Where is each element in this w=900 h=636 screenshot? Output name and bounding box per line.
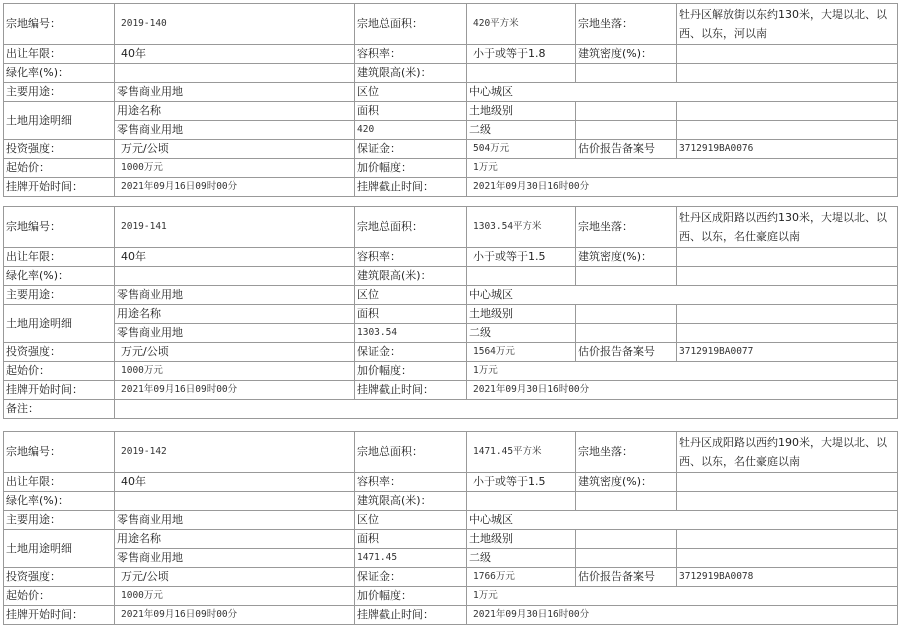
label-appraisal-no: 估价报告备案号 — [576, 343, 677, 362]
header-land-grade: 土地级别 — [467, 530, 576, 549]
table-row: 挂牌开始时间： 2021年09月16日09时00分 挂牌截止时间： 2021年0… — [4, 381, 898, 400]
table-row: 主要用途： 零售商业用地 区位 中心城区 — [4, 83, 898, 102]
table-row: 挂牌开始时间： 2021年09月16日09时00分 挂牌截止时间： 2021年0… — [4, 178, 898, 197]
value-remarks — [115, 400, 898, 419]
label-appraisal-no: 估价报告备案号 — [576, 568, 677, 587]
value-use-name: 零售商业用地 — [115, 324, 355, 343]
label-height-limit: 建筑限高(米)： — [355, 64, 467, 83]
empty-cell — [576, 324, 677, 343]
label-parcel-no: 宗地编号： — [4, 432, 115, 473]
label-location: 宗地坐落： — [576, 432, 677, 473]
value-listing-start: 2021年09月16日09时00分 — [115, 381, 355, 400]
value-total-area: 1471.45平方米 — [467, 432, 576, 473]
value-appraisal-no: 3712919BA0078 — [677, 568, 898, 587]
label-zone: 区位 — [355, 286, 467, 305]
empty-cell — [677, 530, 898, 549]
value-investment: 万元/公顷 — [115, 140, 355, 159]
label-investment: 投资强度： — [4, 343, 115, 362]
value-deposit: 504万元 — [467, 140, 576, 159]
value-main-use: 零售商业用地 — [115, 511, 355, 530]
label-location: 宗地坐落： — [576, 4, 677, 45]
value-parcel-no: 2019-140 — [115, 4, 355, 45]
empty-cell — [576, 305, 677, 324]
value-listing-end: 2021年09月30日16时00分 — [467, 178, 898, 197]
header-use-name: 用途名称 — [115, 530, 355, 549]
empty-cell — [576, 121, 677, 140]
table-row: 投资强度： 万元/公顷 保证金： 504万元 估价报告备案号 3712919BA… — [4, 140, 898, 159]
header-area: 面积 — [355, 305, 467, 324]
value-density — [677, 45, 898, 64]
label-start-price: 起始价： — [4, 362, 115, 381]
value-increment: 1万元 — [467, 587, 898, 606]
value-height-limit — [467, 492, 576, 511]
value-far: 小于或等于1.5 — [467, 473, 576, 492]
table-row: 绿化率(%)： 建筑限高(米)： — [4, 267, 898, 286]
label-zone: 区位 — [355, 511, 467, 530]
value-term: 40年 — [115, 45, 355, 64]
table-row: 投资强度： 万元/公顷 保证金： 1766万元 估价报告备案号 3712919B… — [4, 568, 898, 587]
value-parcel-no: 2019-142 — [115, 432, 355, 473]
value-main-use: 零售商业用地 — [115, 286, 355, 305]
label-far: 容积率： — [355, 248, 467, 267]
value-deposit: 1766万元 — [467, 568, 576, 587]
label-use-detail: 土地用途明细 — [4, 102, 115, 140]
value-listing-end: 2021年09月30日16时00分 — [467, 381, 898, 400]
label-main-use: 主要用途： — [4, 83, 115, 102]
label-term: 出让年限： — [4, 473, 115, 492]
parcel-block-2019-142: 宗地编号： 2019-142 宗地总面积： 1471.45平方米 宗地坐落： 牡… — [3, 431, 897, 625]
label-green: 绿化率(%)： — [4, 267, 115, 286]
empty-cell — [576, 64, 677, 83]
label-listing-end: 挂牌截止时间： — [355, 381, 467, 400]
table-row: 出让年限： 40年 容积率： 小于或等于1.5 建筑密度(%)： — [4, 248, 898, 267]
value-height-limit — [467, 267, 576, 286]
label-listing-start: 挂牌开始时间： — [4, 381, 115, 400]
value-green — [115, 492, 355, 511]
parcel-table: 宗地编号： 2019-142 宗地总面积： 1471.45平方米 宗地坐落： 牡… — [3, 431, 898, 625]
empty-cell — [576, 549, 677, 568]
label-deposit: 保证金： — [355, 343, 467, 362]
header-land-grade: 土地级别 — [467, 305, 576, 324]
label-listing-start: 挂牌开始时间： — [4, 178, 115, 197]
value-appraisal-no: 3712919BA0077 — [677, 343, 898, 362]
value-green — [115, 64, 355, 83]
label-total-area: 宗地总面积： — [355, 432, 467, 473]
empty-cell — [677, 324, 898, 343]
header-land-grade: 土地级别 — [467, 102, 576, 121]
label-green: 绿化率(%)： — [4, 64, 115, 83]
label-parcel-no: 宗地编号： — [4, 207, 115, 248]
table-row: 主要用途： 零售商业用地 区位 中心城区 — [4, 511, 898, 530]
parcel-block-2019-141: 宗地编号： 2019-141 宗地总面积： 1303.54平方米 宗地坐落： 牡… — [3, 206, 897, 419]
label-listing-start: 挂牌开始时间： — [4, 606, 115, 625]
value-density — [677, 473, 898, 492]
header-area: 面积 — [355, 102, 467, 121]
value-term: 40年 — [115, 248, 355, 267]
value-use-name: 零售商业用地 — [115, 549, 355, 568]
label-listing-end: 挂牌截止时间： — [355, 178, 467, 197]
table-row: 零售商业用地 420 二级 — [4, 121, 898, 140]
value-zone: 中心城区 — [467, 511, 898, 530]
value-investment: 万元/公顷 — [115, 343, 355, 362]
table-row: 备注： — [4, 400, 898, 419]
label-deposit: 保证金： — [355, 140, 467, 159]
label-remarks: 备注： — [4, 400, 115, 419]
value-increment: 1万元 — [467, 362, 898, 381]
value-land-grade: 二级 — [467, 549, 576, 568]
value-area: 1303.54 — [355, 324, 467, 343]
value-far: 小于或等于1.5 — [467, 248, 576, 267]
value-parcel-no: 2019-141 — [115, 207, 355, 248]
value-start-price: 1000万元 — [115, 587, 355, 606]
label-term: 出让年限： — [4, 45, 115, 64]
label-main-use: 主要用途： — [4, 511, 115, 530]
table-row: 零售商业用地 1303.54 二级 — [4, 324, 898, 343]
value-area: 1471.45 — [355, 549, 467, 568]
label-deposit: 保证金： — [355, 568, 467, 587]
label-parcel-no: 宗地编号： — [4, 4, 115, 45]
empty-cell — [677, 267, 898, 286]
table-row: 起始价： 1000万元 加价幅度： 1万元 — [4, 587, 898, 606]
table-row: 绿化率(%)： 建筑限高(米)： — [4, 492, 898, 511]
label-height-limit: 建筑限高(米)： — [355, 267, 467, 286]
empty-cell — [576, 267, 677, 286]
value-term: 40年 — [115, 473, 355, 492]
value-location: 牡丹区成阳路以西约130米，大堤以北、以西、以东，名仕豪庭以南 — [677, 207, 898, 248]
value-land-grade: 二级 — [467, 121, 576, 140]
label-term: 出让年限： — [4, 248, 115, 267]
header-use-name: 用途名称 — [115, 102, 355, 121]
table-row: 宗地编号： 2019-142 宗地总面积： 1471.45平方米 宗地坐落： 牡… — [4, 432, 898, 473]
table-row: 绿化率(%)： 建筑限高(米)： — [4, 64, 898, 83]
table-row: 土地用途明细 用途名称 面积 土地级别 — [4, 305, 898, 324]
value-start-price: 1000万元 — [115, 362, 355, 381]
parcel-block-2019-140: 宗地编号： 2019-140 宗地总面积： 420平方米 宗地坐落： 牡丹区解放… — [3, 3, 897, 197]
label-start-price: 起始价： — [4, 587, 115, 606]
value-height-limit — [467, 64, 576, 83]
table-row: 出让年限： 40年 容积率： 小于或等于1.8 建筑密度(%)： — [4, 45, 898, 64]
parcel-table: 宗地编号： 2019-141 宗地总面积： 1303.54平方米 宗地坐落： 牡… — [3, 206, 898, 419]
value-location: 牡丹区成阳路以西约190米，大堤以北、以西、以东，名仕豪庭以南 — [677, 432, 898, 473]
table-row: 零售商业用地 1471.45 二级 — [4, 549, 898, 568]
label-use-detail: 土地用途明细 — [4, 530, 115, 568]
empty-cell — [677, 121, 898, 140]
label-increment: 加价幅度： — [355, 362, 467, 381]
value-deposit: 1564万元 — [467, 343, 576, 362]
label-far: 容积率： — [355, 473, 467, 492]
table-row: 起始价： 1000万元 加价幅度： 1万元 — [4, 159, 898, 178]
table-row: 主要用途： 零售商业用地 区位 中心城区 — [4, 286, 898, 305]
label-start-price: 起始价： — [4, 159, 115, 178]
label-use-detail: 土地用途明细 — [4, 305, 115, 343]
table-row: 土地用途明细 用途名称 面积 土地级别 — [4, 102, 898, 121]
value-increment: 1万元 — [467, 159, 898, 178]
value-zone: 中心城区 — [467, 286, 898, 305]
value-zone: 中心城区 — [467, 83, 898, 102]
label-increment: 加价幅度： — [355, 159, 467, 178]
parcel-table: 宗地编号： 2019-140 宗地总面积： 420平方米 宗地坐落： 牡丹区解放… — [3, 3, 898, 197]
value-far: 小于或等于1.8 — [467, 45, 576, 64]
value-listing-end: 2021年09月30日16时00分 — [467, 606, 898, 625]
label-investment: 投资强度： — [4, 140, 115, 159]
table-row: 出让年限： 40年 容积率： 小于或等于1.5 建筑密度(%)： — [4, 473, 898, 492]
value-appraisal-no: 3712919BA0076 — [677, 140, 898, 159]
label-location: 宗地坐落： — [576, 207, 677, 248]
value-listing-start: 2021年09月16日09时00分 — [115, 606, 355, 625]
label-green: 绿化率(%)： — [4, 492, 115, 511]
label-density: 建筑密度(%)： — [576, 473, 677, 492]
table-row: 宗地编号： 2019-141 宗地总面积： 1303.54平方米 宗地坐落： 牡… — [4, 207, 898, 248]
empty-cell — [677, 64, 898, 83]
value-total-area: 420平方米 — [467, 4, 576, 45]
label-far: 容积率： — [355, 45, 467, 64]
table-row: 投资强度： 万元/公顷 保证金： 1564万元 估价报告备案号 3712919B… — [4, 343, 898, 362]
value-listing-start: 2021年09月16日09时00分 — [115, 178, 355, 197]
empty-cell — [576, 492, 677, 511]
label-investment: 投资强度： — [4, 568, 115, 587]
table-row: 起始价： 1000万元 加价幅度： 1万元 — [4, 362, 898, 381]
label-increment: 加价幅度： — [355, 587, 467, 606]
table-row: 挂牌开始时间： 2021年09月16日09时00分 挂牌截止时间： 2021年0… — [4, 606, 898, 625]
value-land-grade: 二级 — [467, 324, 576, 343]
empty-cell — [576, 102, 677, 121]
header-use-name: 用途名称 — [115, 305, 355, 324]
value-location: 牡丹区解放街以东约130米，大堤以北、以西、以东，河以南 — [677, 4, 898, 45]
table-row: 宗地编号： 2019-140 宗地总面积： 420平方米 宗地坐落： 牡丹区解放… — [4, 4, 898, 45]
label-total-area: 宗地总面积： — [355, 4, 467, 45]
value-main-use: 零售商业用地 — [115, 83, 355, 102]
empty-cell — [677, 305, 898, 324]
value-density — [677, 248, 898, 267]
empty-cell — [576, 530, 677, 549]
label-listing-end: 挂牌截止时间： — [355, 606, 467, 625]
empty-cell — [677, 492, 898, 511]
header-area: 面积 — [355, 530, 467, 549]
label-density: 建筑密度(%)： — [576, 45, 677, 64]
value-area: 420 — [355, 121, 467, 140]
label-height-limit: 建筑限高(米)： — [355, 492, 467, 511]
table-row: 土地用途明细 用途名称 面积 土地级别 — [4, 530, 898, 549]
value-total-area: 1303.54平方米 — [467, 207, 576, 248]
value-use-name: 零售商业用地 — [115, 121, 355, 140]
label-total-area: 宗地总面积： — [355, 207, 467, 248]
label-zone: 区位 — [355, 83, 467, 102]
value-investment: 万元/公顷 — [115, 568, 355, 587]
label-density: 建筑密度(%)： — [576, 248, 677, 267]
label-main-use: 主要用途： — [4, 286, 115, 305]
label-appraisal-no: 估价报告备案号 — [576, 140, 677, 159]
empty-cell — [677, 549, 898, 568]
value-start-price: 1000万元 — [115, 159, 355, 178]
value-green — [115, 267, 355, 286]
empty-cell — [677, 102, 898, 121]
